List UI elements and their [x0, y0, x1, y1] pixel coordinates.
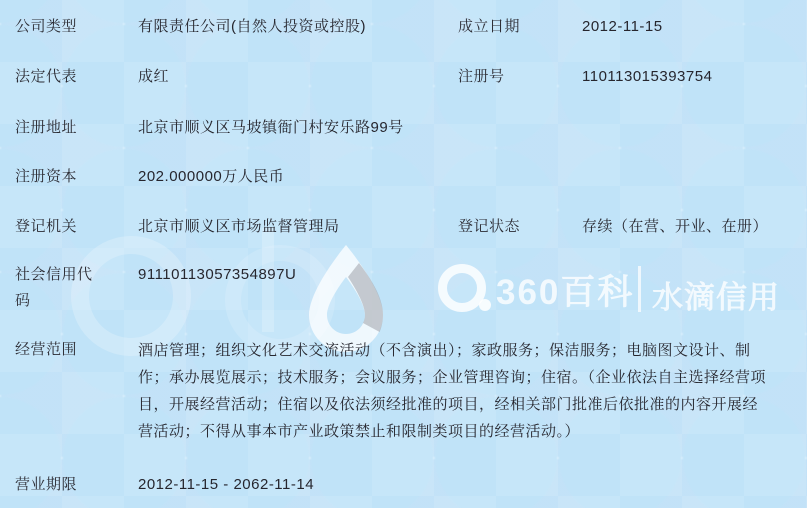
registration-number-label: 注册号 — [458, 64, 540, 90]
registered-address-value: 北京市顺义区马坡镇衙门村安乐路99号 — [138, 115, 790, 141]
company-info-panel: 360百科 水滴信用 公司类型 有限责任公司(自然人投资或控股) 成立日期 20… — [0, 0, 807, 508]
registration-status-value: 存续（在营、开业、在册） — [582, 214, 802, 240]
registration-authority-label: 登记机关 — [15, 214, 97, 240]
business-term-value: 2012-11-15 - 2062-11-14 — [138, 472, 790, 498]
ring-dot-icon — [479, 299, 491, 311]
registration-status-label: 登记状态 — [458, 214, 540, 240]
registered-address-label: 注册地址 — [15, 115, 97, 141]
social-credit-code-value: 91110113057354897U — [138, 262, 790, 288]
registration-number-value: 110113015393754 — [582, 64, 802, 90]
registered-capital-value: 202.000000万人民币 — [138, 164, 790, 190]
social-credit-code-label: 社会信用代码 — [15, 262, 97, 314]
established-date-label: 成立日期 — [458, 14, 540, 40]
registered-capital-label: 注册资本 — [15, 164, 97, 190]
business-scope-value: 酒店管理；组织文化艺术交流活动（不含演出）；家政服务；保洁服务；电脑图文设计、制… — [138, 337, 772, 445]
legal-representative-label: 法定代表 — [15, 64, 97, 90]
business-scope-label: 经营范围 — [15, 337, 97, 363]
business-term-label: 营业期限 — [15, 472, 97, 498]
company-type-label: 公司类型 — [15, 14, 97, 40]
established-date-value: 2012-11-15 — [582, 14, 802, 40]
